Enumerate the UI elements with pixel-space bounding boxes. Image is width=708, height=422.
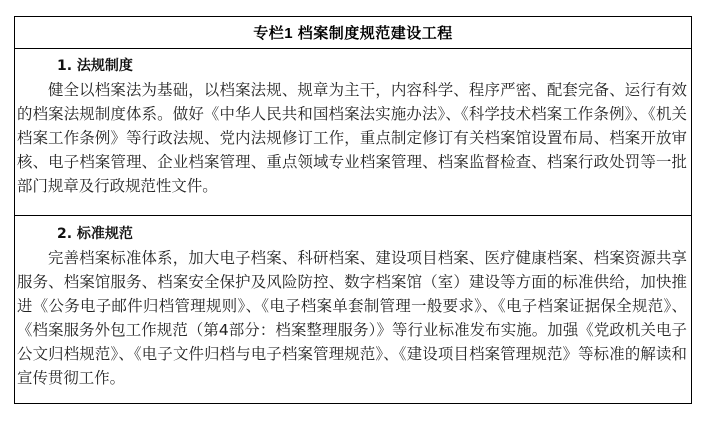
section-regulations: 1. 法规制度 健全以档案法为基础，以档案法规、规章为主干，内容科学、程序严密、… <box>15 49 691 216</box>
section-body: 完善档案标准体系，加大电子档案、科研档案、建设项目档案、医疗健康档案、档案资源共… <box>17 246 691 390</box>
column-box: 专栏1 档案制度规范建设工程 1. 法规制度 健全以档案法为基础，以档案法规、规… <box>14 16 692 404</box>
section-body: 健全以档案法为基础，以档案法规、规章为主干，内容科学、程序严密、配套完备、运行有… <box>17 78 691 198</box>
column-title: 专栏1 档案制度规范建设工程 <box>15 17 691 49</box>
section-heading: 2. 标准规范 <box>17 222 691 246</box>
section-heading: 1. 法规制度 <box>17 54 691 78</box>
section-standards: 2. 标准规范 完善档案标准体系，加大电子档案、科研档案、建设项目档案、医疗健康… <box>15 216 691 390</box>
